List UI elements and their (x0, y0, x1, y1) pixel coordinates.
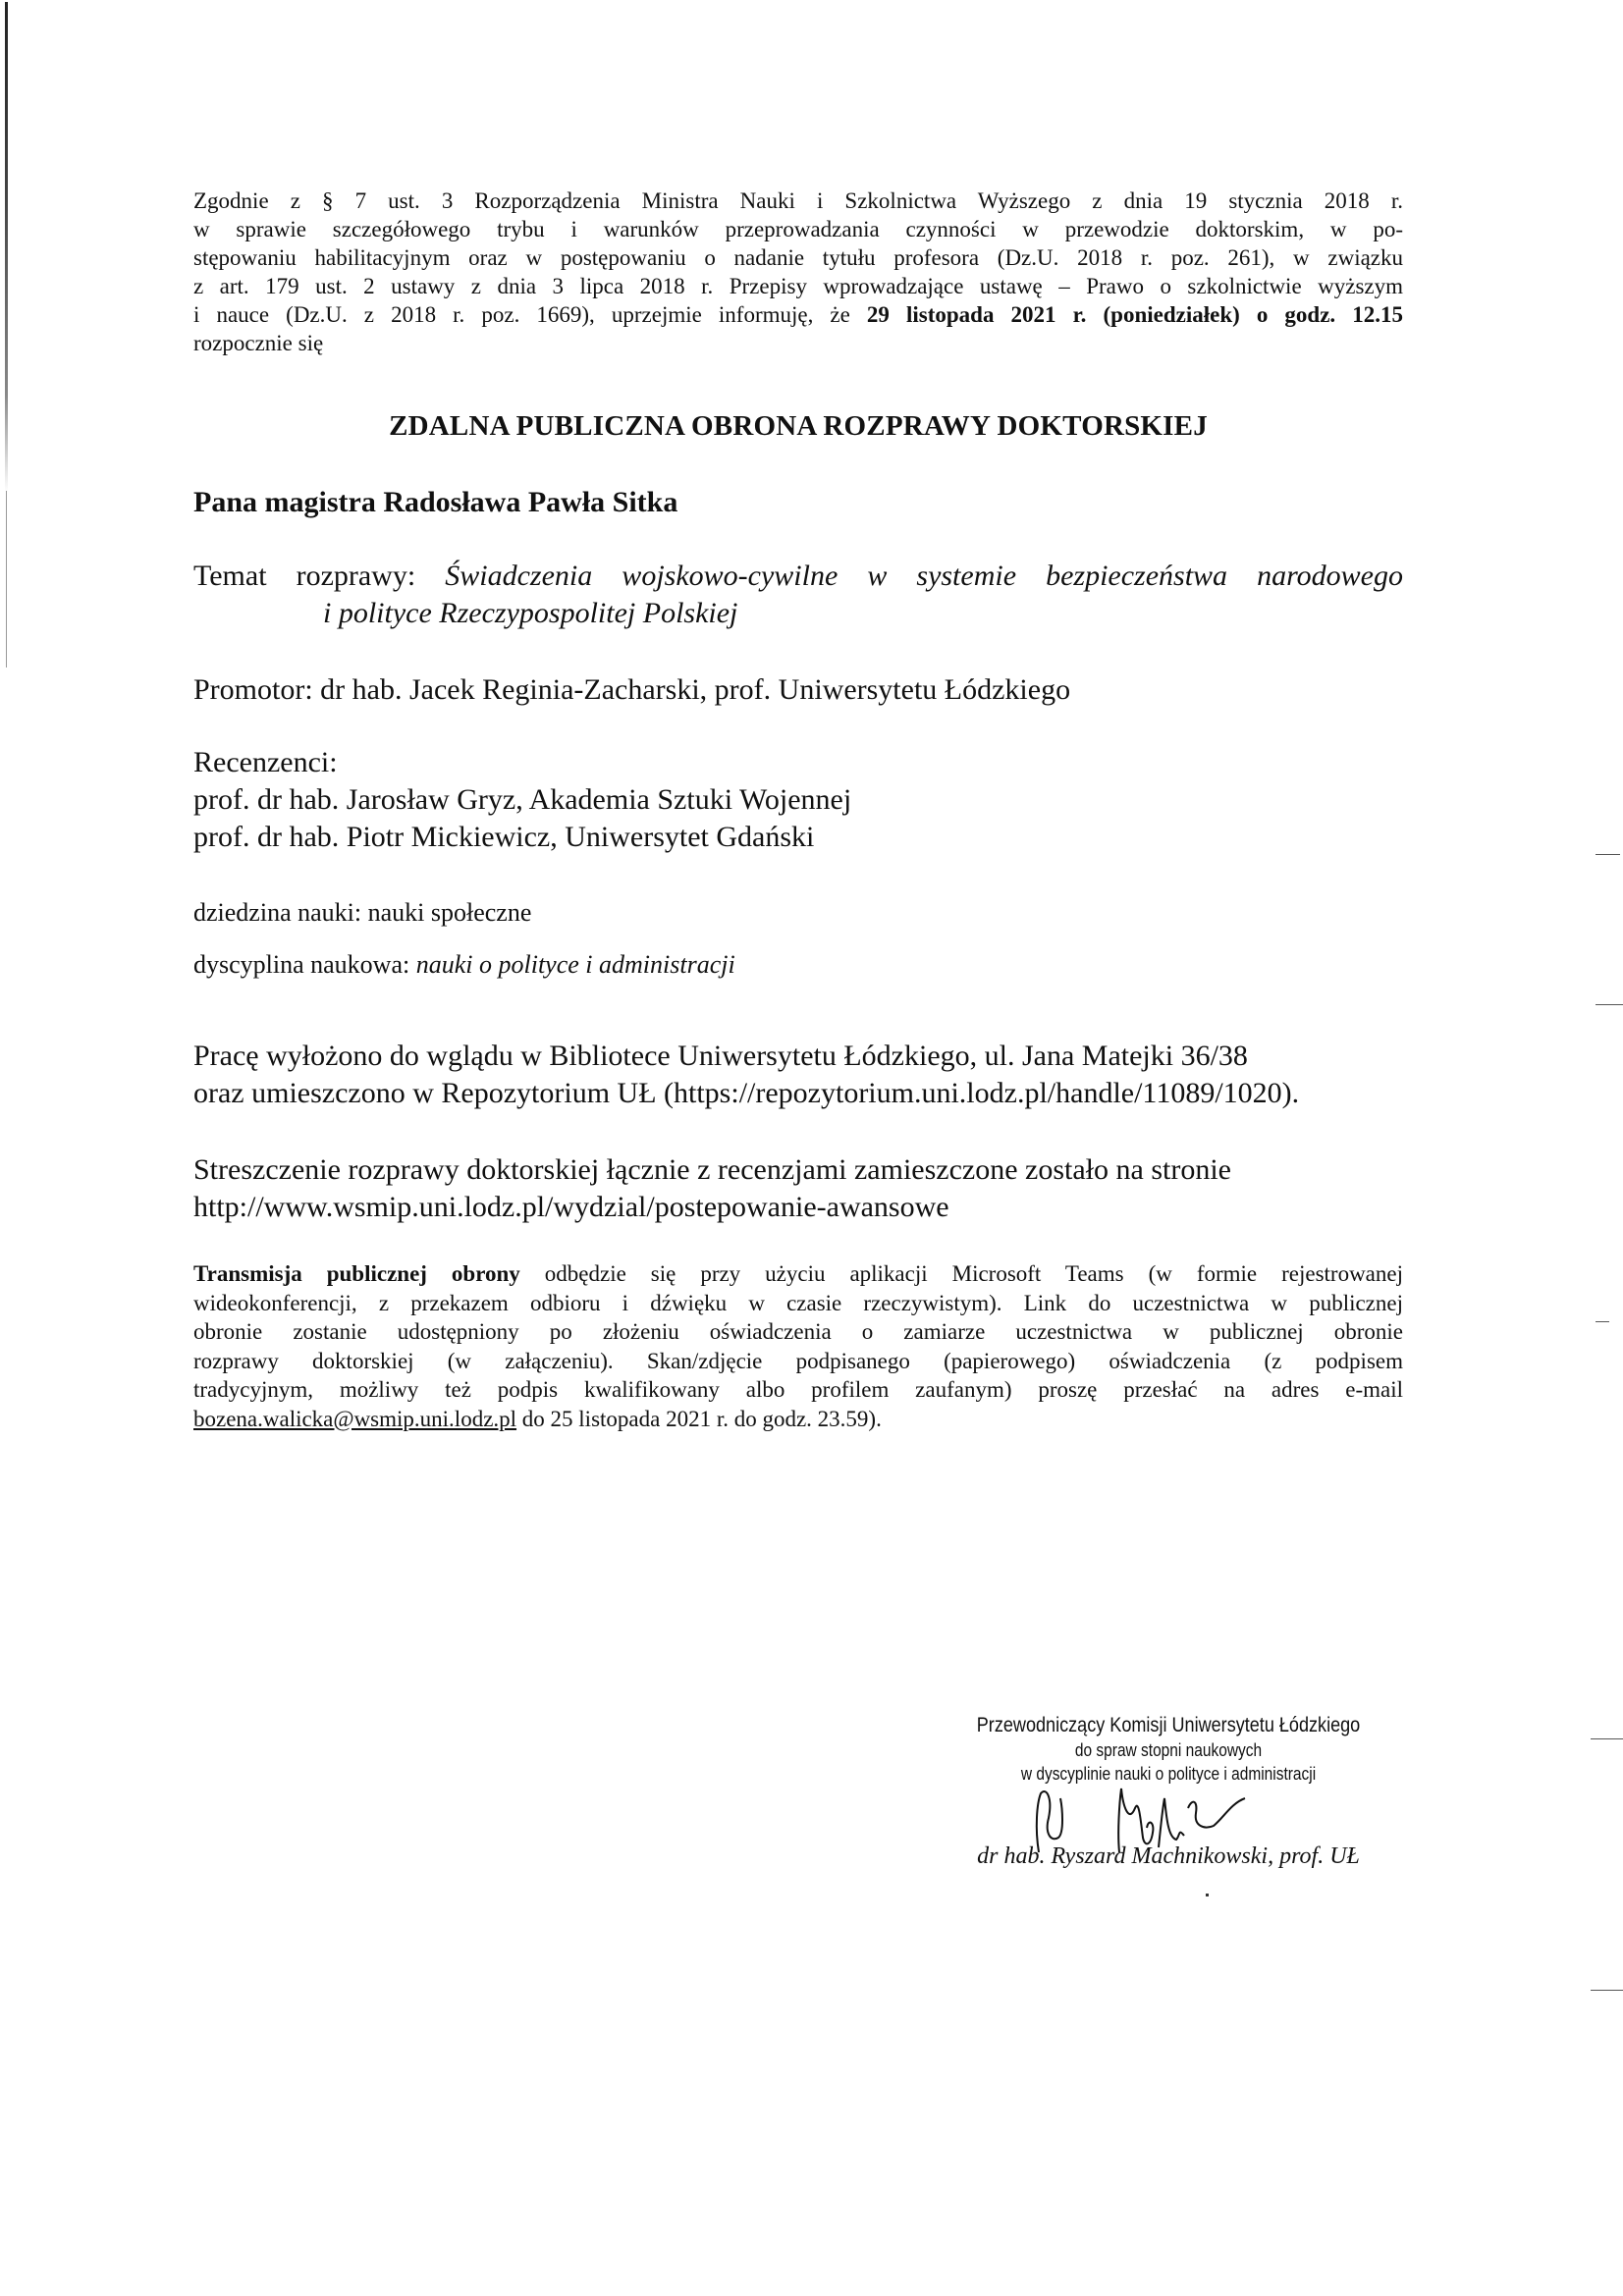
dissertation-topic: Temat rozprawy: Świadczenia wojskowo-cyw… (193, 558, 1403, 632)
reviewer-item: prof. dr hab. Jarosław Gryz, Akademia Sz… (193, 781, 1403, 819)
transmission-text: do 25 listopada 2021 r. do godz. 23.59). (516, 1407, 882, 1431)
scan-artifact (1591, 1990, 1623, 1991)
transmission-paragraph: Transmisja publicznej obrony odbędzie si… (193, 1259, 1403, 1433)
library-line: Pracę wyłożono do wglądu w Bibliotece Un… (193, 1038, 1403, 1075)
topic-title-cont: i polityce Rzeczypospolitej Polskiej (323, 597, 737, 629)
transmission-line: wideokonferencji, z przekazem odbioru i … (193, 1289, 1403, 1318)
reviewer-item: prof. dr hab. Piotr Mickiewicz, Uniwersy… (193, 819, 1403, 856)
document-heading: ZDALNA PUBLICZNA OBRONA ROZPRAWY DOKTORS… (193, 410, 1403, 443)
transmission-lead: Transmisja publicznej obrony (193, 1261, 520, 1286)
intro-line: rozpocznie się (193, 329, 1403, 357)
transmission-line: obronie zostanie udostępniony po złożeni… (193, 1317, 1403, 1347)
intro-line: stępowaniu habilitacyjnym oraz w postępo… (193, 243, 1403, 272)
summary-info: Streszczenie rozprawy doktorskiej łączni… (193, 1151, 1403, 1226)
candidate-name: Pana magistra Radosława Pawła Sitka (193, 486, 1403, 519)
scan-artifact (1596, 1004, 1623, 1005)
library-info: Pracę wyłożono do wglądu w Bibliotece Un… (193, 1038, 1403, 1112)
discipline-label: dyscyplina naukowa: (193, 950, 416, 979)
intro-paragraph: Zgodnie z § 7 ust. 3 Rozporządzenia Mini… (193, 187, 1403, 357)
scan-artifact (1596, 1321, 1609, 1322)
signature-stamp: Przewodniczący Komisji Uniwersytetu Łódz… (943, 1713, 1394, 1786)
intro-line: Zgodnie z § 7 ust. 3 Rozporządzenia Mini… (193, 187, 1403, 215)
intro-text: i nauce (Dz.U. z 2018 r. poz. 1669), upr… (193, 302, 867, 327)
scan-edge-line (6, 491, 7, 667)
intro-line: z art. 179 ust. 2 ustawy z dnia 3 lipca … (193, 272, 1403, 300)
summary-url: http://www.wsmip.uni.lodz.pl/wydzial/pos… (193, 1189, 1403, 1226)
transmission-text: odbędzie się przy użyciu aplikacji Micro… (520, 1261, 1403, 1286)
scan-artifact (1596, 854, 1620, 855)
repository-line: oraz umieszczono w Repozytorium UŁ (http… (193, 1075, 1403, 1112)
defense-date-time: 29 listopada 2021 r. (poniedziałek) o go… (867, 302, 1403, 327)
reviewers-label: Recenzenci: (193, 744, 1403, 781)
reviewers: Recenzenci: prof. dr hab. Jarosław Gryz,… (193, 744, 1403, 856)
topic-title: Świadczenia wojskowo-cywilne w systemie … (445, 560, 1403, 592)
transmission-line: Transmisja publicznej obrony odbędzie si… (193, 1259, 1403, 1289)
scan-artifact (1591, 1738, 1623, 1739)
promoter: Promotor: dr hab. Jacek Reginia-Zacharsk… (193, 673, 1403, 707)
topic-line: i polityce Rzeczypospolitej Polskiej (193, 595, 1403, 632)
stamp-title: Przewodniczący Komisji Uniwersytetu Łódz… (974, 1713, 1363, 1738)
intro-line: i nauce (Dz.U. z 2018 r. poz. 1669), upr… (193, 300, 1403, 329)
discipline-value: nauki o polityce i administracji (416, 950, 735, 979)
summary-line: Streszczenie rozprawy doktorskiej łączni… (193, 1151, 1403, 1189)
stamp-subtitle: do spraw stopni naukowych (974, 1738, 1363, 1762)
field-of-science: dziedzina nauki: nauki społeczne (193, 898, 1403, 928)
signatory-name: dr hab. Ryszard Machnikowski, prof. UŁ (943, 1843, 1394, 1870)
topic-label: Temat rozprawy: (193, 560, 445, 592)
scan-edge-line (5, 2, 8, 493)
email-link[interactable]: bozena.walicka@wsmip.uni.lodz.pl (193, 1407, 516, 1431)
intro-line: w sprawie szczegółowego trybu i warunków… (193, 215, 1403, 243)
transmission-line: rozprawy doktorskiej (w załączeniu). Ska… (193, 1347, 1403, 1376)
scientific-discipline: dyscyplina naukowa: nauki o polityce i a… (193, 950, 1403, 980)
topic-line: Temat rozprawy: Świadczenia wojskowo-cyw… (193, 558, 1403, 595)
transmission-line: tradycyjnym, możliwy też podpis kwalifik… (193, 1375, 1403, 1405)
scan-artifact (1206, 1894, 1209, 1896)
transmission-line: bozena.walicka@wsmip.uni.lodz.pl do 25 l… (193, 1405, 1403, 1434)
